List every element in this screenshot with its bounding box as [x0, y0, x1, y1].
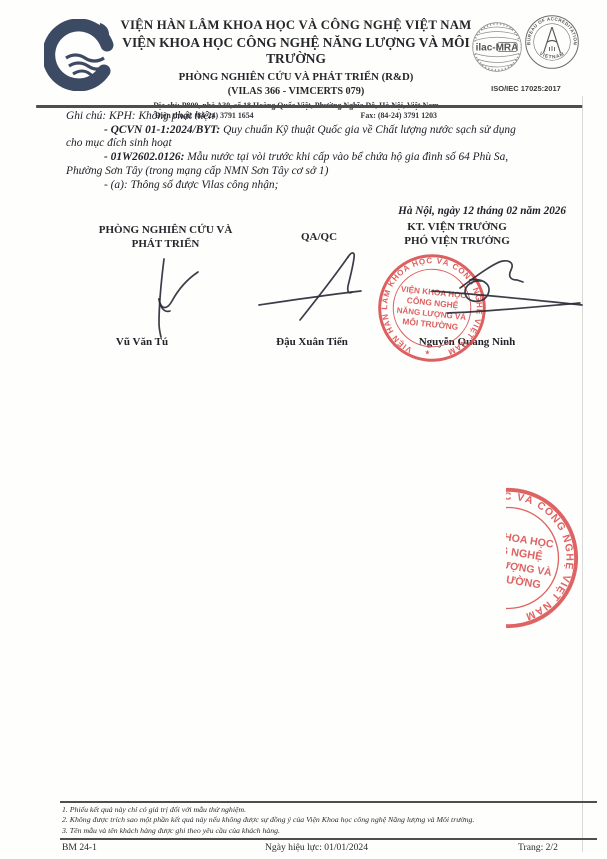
page-edge-line: [582, 96, 583, 852]
note-qcvn-wrap: cho mục đích sinh hoạt: [66, 137, 581, 151]
note-kph: Ghi chú: KPH: Không phát hiện: [66, 110, 581, 124]
date-place-line: Hà Nội, ngày 12 tháng 02 năm 2026: [392, 205, 566, 217]
header-divider: [36, 105, 583, 108]
overlap-stamp-icon: VIỆN HÀN LÂM KHOA HỌC VÀ CÔNG NGHỆ VIỆT …: [506, 484, 585, 632]
department-name: PHÒNG NGHIÊN CỨU VÀ PHÁT TRIỂN (R&D): [112, 71, 480, 83]
footer-note-3: 3. Tên mẫu và tên khách hàng được ghi th…: [62, 826, 594, 836]
signing-title-qaqc: QA/QC: [283, 231, 355, 245]
effective-date: Ngày hiệu lực: 01/01/2024: [265, 842, 368, 853]
accreditation-seal-icon: BUREAU OF ACCREDITATION VIETNAM: [524, 14, 580, 70]
signature-nguyen-quang-ninh: [415, 250, 585, 325]
signer-name-1: Vũ Văn Tú: [67, 336, 217, 348]
footer-divider-bottom: [60, 838, 597, 840]
page-number: Trang: 2/2: [518, 842, 558, 853]
signing-title-director: KT. VIỆN TRƯỞNG PHÓ VIỆN TRƯỞNG: [368, 221, 546, 248]
note-qcvn-code: - QCVN 01-1:2024/BYT:: [104, 124, 220, 136]
overlap-stamp: VIỆN HÀN LÂM KHOA HỌC VÀ CÔNG NGHỆ VIỆT …: [506, 484, 585, 632]
footer-divider-top: [60, 801, 597, 803]
note-qcvn: - QCVN 01-1:2024/BYT: Quy chuẩn Kỹ thuật…: [66, 124, 581, 138]
footer-note-1: 1. Phiếu kết quả này chỉ có giá trị đối …: [62, 805, 594, 815]
signature-vu-van-tu: [128, 253, 208, 338]
institute-logo-icon: [44, 19, 116, 91]
note-vilas: - (a): Thông số được Vilas công nhận;: [66, 179, 581, 193]
footer-notes: 1. Phiếu kết quả này chỉ có giá trị đối …: [62, 805, 594, 836]
ilac-mra-icon: ilac-MRA: [471, 21, 523, 73]
svg-text:VIETNAM: VIETNAM: [538, 51, 566, 61]
org-name-institute: VIỆN KHOA HỌC CÔNG NGHỆ NĂNG LƯỢNG VÀ MÔ…: [112, 35, 480, 67]
org-name-parent: VIỆN HÀN LÂM KHOA HỌC VÀ CÔNG NGHỆ VIỆT …: [112, 18, 480, 33]
footer-note-2: 2. Không được trích sao một phần kết quả…: [62, 815, 594, 825]
notes-section: Ghi chú: KPH: Không phát hiện - QCVN 01-…: [66, 110, 581, 192]
scanned-document-page: VIỆN HÀN LÂM KHOA HỌC VÀ CÔNG NGHỆ VIỆT …: [0, 0, 607, 859]
stamp-star: ★: [424, 348, 431, 357]
note-sample-code: - 01W2602.0126:: [104, 151, 184, 163]
signing-title-rnd: PHÒNG NGHIÊN CỨU VÀ PHÁT TRIỂN: [78, 224, 253, 251]
iso-standard-label: ISO/IEC 17025:2017: [480, 84, 572, 93]
note-sample: - 01W2602.0126: Mẫu nước tại vòi trước k…: [66, 151, 581, 165]
boa-arc-bottom-label: VIETNAM: [538, 51, 566, 61]
signature-dau-xuan-tien: [256, 248, 366, 323]
form-code: BM 24-1: [62, 842, 97, 853]
ilac-mra-label: ilac-MRA: [476, 43, 519, 54]
signer-name-2: Đậu Xuân Tiến: [237, 336, 387, 348]
accreditation-codes: (VILAS 366 - VIMCERTS 079): [112, 86, 480, 97]
note-sample-wrap: Phường Sơn Tây (trong mạng cấp NMN Sơn T…: [66, 165, 581, 179]
